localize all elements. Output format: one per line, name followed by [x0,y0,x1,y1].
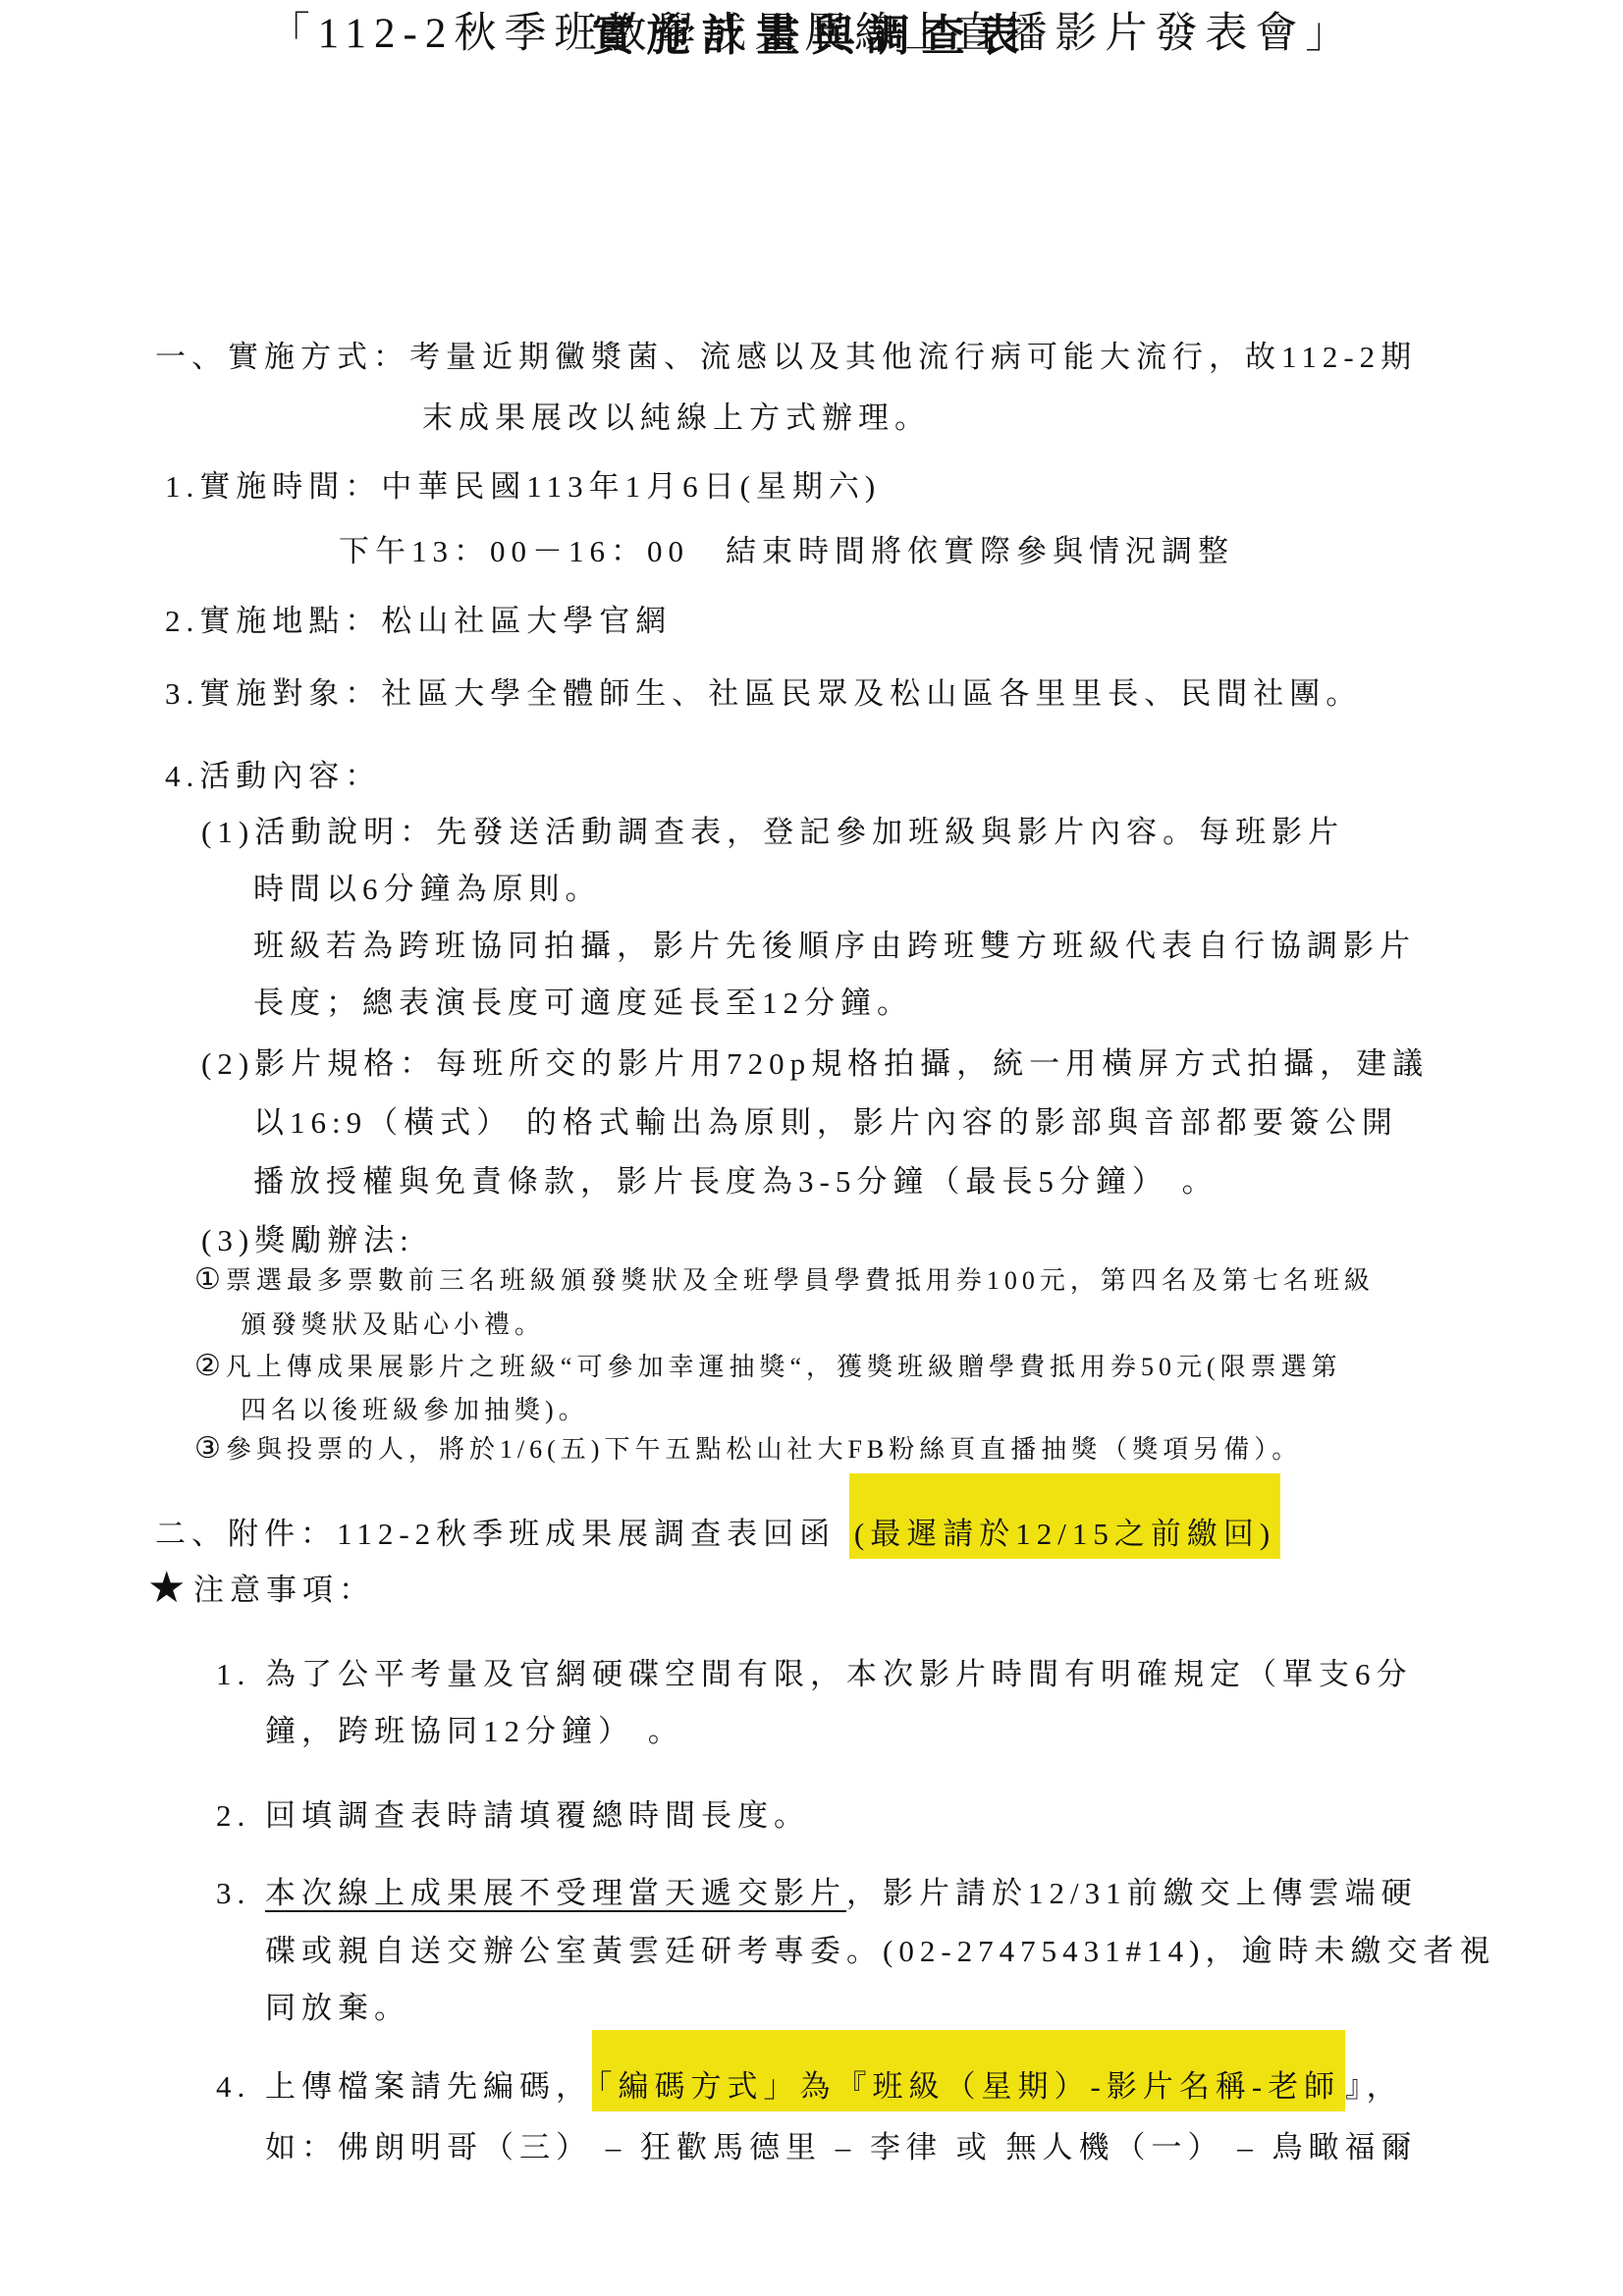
time-line1: 1.實施時間：中華民國113年1月6日(星期六) [165,461,881,506]
attachment-line: 二、附件：112-2秋季班成果展調查表回函 (最遲請於12/15之前繳回) [155,1509,1280,1553]
spec-line1: (2)影片規格：每班所交的影片用720p規格拍攝，統一用橫屏方式拍攝，建議 [201,1039,1429,1083]
reward-item-2-text: 凡上傳成果展影片之班級“可參加幸運抽獎“，獲獎班級贈學費抵用券50元(限票選第 [226,1353,1342,1381]
reward-item-1-line2: 頒發獎狀及貼心小禮。 [241,1305,545,1341]
note-4-line2: 如：佛朗明哥（三） – 狂歡馬德里 – 李律 或 無人機（一） – 鳥瞰福爾 [265,2122,1418,2166]
reward-item-2-number: ② [194,1350,226,1382]
reward-item-3-text: 參與投票的人，將於1/6(五)下午五點松山社大FB粉絲頁直播抽獎（獎項另備）。 [226,1435,1302,1464]
reward-item-1-number: ① [194,1263,226,1296]
reward-heading: (3)獎勵辦法: [201,1215,414,1259]
content-heading: 4.活動內容： [165,751,381,795]
note-1-text: 為了公平考量及官網硬碟空間有限，本次影片時間有明確規定（單支6分 [265,1657,1413,1691]
note-1-line1: 1.為了公平考量及官網硬碟空間有限，本次影片時間有明確規定（單支6分 [216,1649,1413,1693]
reward-item-2-line1: ②凡上傳成果展影片之班級“可參加幸運抽獎“，獲獎班級贈學費抵用券50元(限票選第 [194,1347,1342,1383]
attachment-text: 二、附件：112-2秋季班成果展調查表回函 [155,1517,849,1551]
reward-item-3-line1: ③參與投票的人，將於1/6(五)下午五點松山社大FB粉絲頁直播抽獎（獎項另備）。 [194,1429,1302,1466]
spec-line3: 播放授權與免責條款，影片長度為3-5分鐘（最長5分鐘） 。 [253,1156,1218,1201]
note-2-number: 2. [216,1798,265,1834]
method-line2: 末成果展改以純線上方式辦理。 [422,393,931,437]
note-3-text-rest: ，影片請於12/31前繳交上傳雲端硬 [846,1876,1418,1910]
audience-line: 3.實施對象：社區大學全體師生、社區民眾及松山區各里里長、民間社團。 [165,668,1362,713]
note-4-coding-highlight: 「編碼方式」為『班級（星期）-影片名稱-老師 [592,2030,1345,2111]
note-4-suffix: 』， [1345,2069,1403,2104]
document-page: 「112-2秋季班教學成果展線上直播影片發表會」 實施計畫與調查表 一、實施方式… [0,0,1623,2296]
attachment-deadline-highlight: (最遲請於12/15之前繳回) [849,1473,1280,1559]
note-2-line1: 2.回填調查表時請填覆總時間長度。 [216,1790,810,1835]
note-3-underlined-text: 本次線上成果展不受理當天遞交影片 [265,1876,846,1910]
star-icon: ★ [147,1567,186,1610]
activity-desc-line3: 班級若為跨班協同拍攝，影片先後順序由跨班雙方班級代表自行協調影片 [253,921,1416,965]
note-1-line2: 鐘，跨班協同12分鐘） 。 [265,1706,684,1750]
activity-desc-line1: (1)活動說明：先發送活動調查表，登記參加班級與影片內容。每班影片 [201,807,1344,851]
reward-item-2-line2: 四名以後班級參加抽獎)。 [241,1390,589,1426]
reward-item-3-number: ③ [194,1432,226,1465]
note-2-text: 回填調查表時請填覆總時間長度。 [265,1798,810,1833]
reward-item-1-text: 票選最多票數前三名班級頒發獎狀及全班學員學費抵用券100元，第四名及第七名班級 [226,1266,1375,1295]
note-1-number: 1. [216,1657,265,1692]
document-title-line2: 實施計畫與調查表 [0,0,1623,63]
notes-heading: 注意事項： [193,1565,375,1609]
note-3-line3: 同放棄。 [265,1983,410,2027]
activity-desc-line4: 長度；總表演長度可適度延長至12分鐘。 [253,978,913,1022]
note-3-line2: 碟或親自送交辦公室黃雲廷研考專委。(02-27475431#14)，逾時未繳交者… [265,1926,1495,1970]
reward-item-1-line1: ①票選最多票數前三名班級頒發獎狀及全班學員學費抵用券100元，第四名及第七名班級 [194,1260,1375,1297]
time-line2: 下午13：00－16：00 結束時間將依實際參與情況調整 [339,526,1234,570]
note-4-line1: 4.上傳檔案請先編碼，「編碼方式」為『班級（星期）-影片名稱-老師』， [216,2061,1403,2106]
note-3-number: 3. [216,1876,265,1911]
spec-line2: 以16:9（橫式） 的格式輸出為原則，影片內容的影部與音部都要簽公開 [253,1097,1398,1142]
place-line: 2.實施地點：松山社區大學官網 [165,596,672,640]
note-3-line1: 3.本次線上成果展不受理當天遞交影片，影片請於12/31前繳交上傳雲端硬 [216,1868,1418,1912]
activity-desc-line2: 時間以6分鐘為原則。 [253,864,602,908]
note-4-number: 4. [216,2069,265,2105]
note-4-prefix: 上傳檔案請先編碼， [265,2069,592,2104]
method-line1: 一、實施方式：考量近期黴漿菌、流感以及其他流行病可能大流行，故112-2期 [155,332,1417,376]
